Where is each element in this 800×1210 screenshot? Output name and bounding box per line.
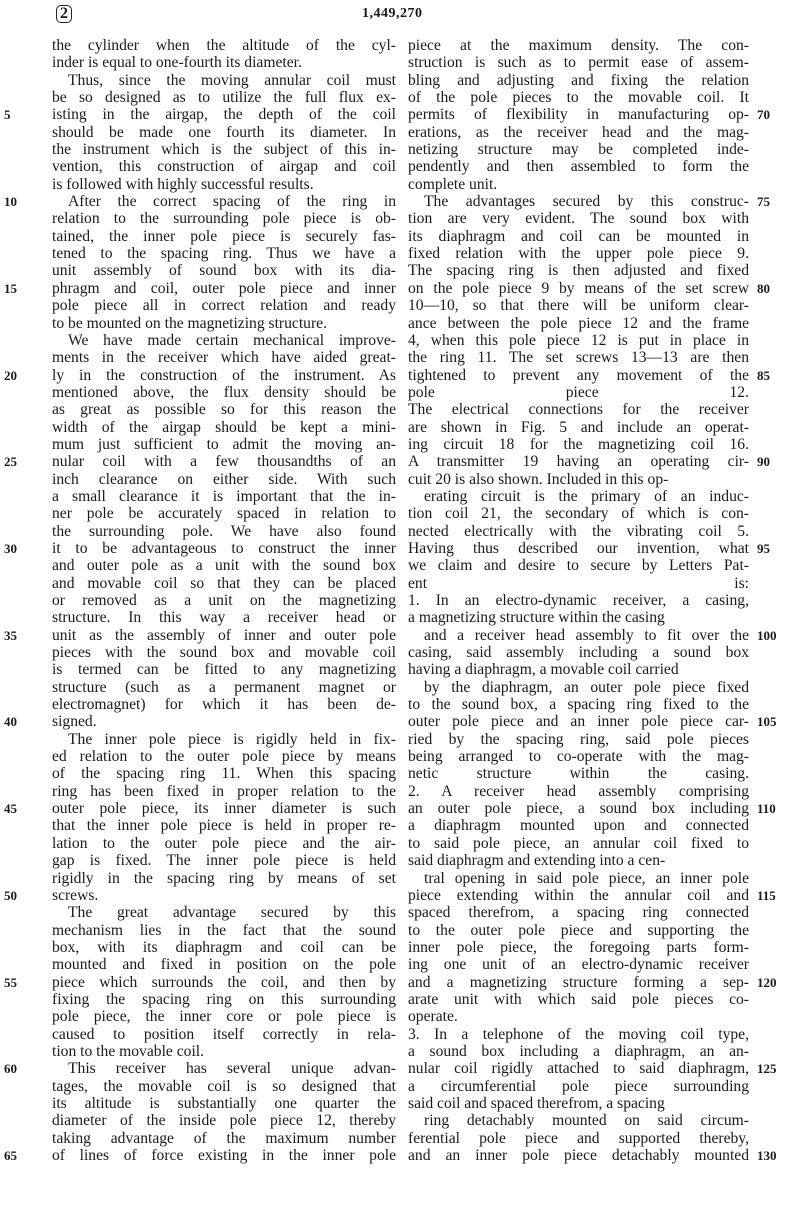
text-line: ried by the spacing ring, said pole piec… <box>408 731 749 748</box>
line-text: fixing the spacing ring on this surround… <box>52 991 396 1008</box>
line-text: isting in the airgap, the depth of the c… <box>52 106 396 123</box>
text-line: having a diaphragm, a movable coil carri… <box>408 661 749 678</box>
left-text-column: the cylinder when the altitude of the cy… <box>52 37 396 1164</box>
line-text: electromagnet) for which it has been de- <box>52 696 396 713</box>
text-line: a magnetizing structure within the casin… <box>408 609 749 626</box>
text-line: gap is fixed. The inner pole piece is he… <box>52 852 396 869</box>
text-line: should be made one fourth its diameter. … <box>52 124 396 141</box>
line-text: nular coil with a few thousandths of an <box>52 453 396 470</box>
text-line: tages, the movable coil is so designed t… <box>52 1078 396 1095</box>
line-text: the instrument which is the subject of t… <box>52 141 396 158</box>
line-text: The electrical connections for the recei… <box>408 401 749 418</box>
text-line: lation to the outer pole piece and the a… <box>52 835 396 852</box>
line-text: the surrounding pole. We have also found <box>52 523 396 540</box>
line-text: and outer pole as a unit with the sound … <box>52 557 396 574</box>
text-line: inch clearance on either side. With such <box>52 471 396 488</box>
text-line: ance between the pole piece 12 and the f… <box>408 315 749 332</box>
text-line: tral opening in said pole piece, an inne… <box>408 870 749 887</box>
text-line: fixing the spacing ring on this surround… <box>52 991 396 1008</box>
line-text: screws. <box>52 887 98 904</box>
line-number: 60 <box>4 1060 28 1077</box>
text-line: A transmitter 19 having an operating cir… <box>408 453 749 470</box>
line-text: The great advantage secured by this <box>68 904 396 921</box>
line-number: 110 <box>757 800 789 817</box>
line-number: 30 <box>4 540 28 557</box>
text-line: a circumferential pole piece surrounding <box>408 1078 749 1095</box>
text-line: be so designed as to utilize the full fl… <box>52 89 396 106</box>
text-line: as great as possible so for this reason … <box>52 401 396 418</box>
line-text: structure. In this way a receiver head o… <box>52 609 396 626</box>
line-text: pendently and then assembled to form the <box>408 158 749 175</box>
text-line: screws.50 <box>52 887 396 904</box>
text-line: arate unit with which said pole pieces c… <box>408 991 749 1008</box>
line-text: ing circuit 18 for the magnetizing coil … <box>408 436 749 453</box>
line-text: pole piece, the inner core or pole piece… <box>52 1008 396 1025</box>
line-text: the cylinder when the altitude of the cy… <box>52 37 396 54</box>
line-text: cuit 20 is also shown. Included in this … <box>408 471 668 488</box>
line-text: 10—10, so that there will be uniform cle… <box>408 297 749 314</box>
text-line: ner pole be accurately spaced in relatio… <box>52 505 396 522</box>
text-line: a diaphragm mounted upon and connected <box>408 817 749 834</box>
text-line: caused to position itself correctly in r… <box>52 1026 396 1043</box>
text-line: tightened to prevent any movement of the… <box>408 367 749 384</box>
line-number: 100 <box>757 627 789 644</box>
line-text: piece which surrounds the coil, and then… <box>52 974 396 991</box>
line-number: 125 <box>757 1060 789 1077</box>
line-text: an outer pole piece, a sound box includi… <box>408 800 749 817</box>
text-line: piece at the maximum density. The con- <box>408 37 749 54</box>
page-number: 2 <box>56 5 72 23</box>
line-text: rigidly in the spacing ring by means of … <box>52 870 396 887</box>
line-text: a circumferential pole piece surrounding <box>408 1078 749 1095</box>
page-header: 2 1,449,270 <box>0 0 800 30</box>
text-line: The advantages secured by this construc-… <box>408 193 749 210</box>
line-text: is termed can be fitted to any magnetizi… <box>52 661 396 678</box>
line-number: 25 <box>4 453 28 470</box>
text-line: We have made certain mechanical improve- <box>52 332 396 349</box>
line-text: it to be advantageous to construct the i… <box>52 540 396 557</box>
text-line: on the pole piece 9 by means of the set … <box>408 280 749 297</box>
text-line: The electrical connections for the recei… <box>408 401 749 418</box>
line-text: is followed with highly successful resul… <box>52 176 314 193</box>
text-line: 2. A receiver head assembly comprising <box>408 783 749 800</box>
line-number: 55 <box>4 974 28 991</box>
text-line: This receiver has several unique advan-6… <box>52 1060 396 1077</box>
line-text: are shown in Fig. 5 and include an opera… <box>408 419 749 436</box>
line-text: pieces with the sound box and movable co… <box>52 644 396 661</box>
text-line: piece which surrounds the coil, and then… <box>52 974 396 991</box>
text-line: 1. In an electro-dynamic receiver, a cas… <box>408 592 749 609</box>
line-number: 35 <box>4 627 28 644</box>
text-line: a small clearance it is important that t… <box>52 488 396 505</box>
line-text: a magnetizing structure within the casin… <box>408 609 665 626</box>
line-text: nular coil rigidly attached to said diap… <box>408 1060 749 1077</box>
line-text: signed. <box>52 713 97 730</box>
line-text: outer pole piece and an inner pole piece… <box>408 713 749 730</box>
line-text: outer pole piece, its inner diameter is … <box>52 800 396 817</box>
text-line: to be mounted on the magnetizing structu… <box>52 315 396 332</box>
text-line: outer pole piece and an inner pole piece… <box>408 713 749 730</box>
text-line: structure (such as a permanent magnet or <box>52 679 396 696</box>
line-text: fixed relation with the upper pole piece… <box>408 245 749 262</box>
line-text: that the inner pole piece is held in pro… <box>52 817 396 834</box>
text-line: electromagnet) for which it has been de- <box>52 696 396 713</box>
text-line: diameter of the inside pole piece 12, th… <box>52 1112 396 1129</box>
line-text: relation to the surrounding pole piece i… <box>52 210 396 227</box>
line-number: 75 <box>757 193 789 210</box>
patent-number: 1,449,270 <box>362 6 423 22</box>
text-line: nular coil with a few thousandths of an2… <box>52 453 396 470</box>
line-text: After the correct spacing of the ring in <box>68 193 396 210</box>
text-line: the ring 11. The set screws 13—13 are th… <box>408 349 749 366</box>
text-line: isting in the airgap, the depth of the c… <box>52 106 396 123</box>
line-text: to said pole piece, an annular coil fixe… <box>408 835 749 852</box>
line-text: as great as possible so for this reason … <box>52 401 396 418</box>
line-text: ner pole be accurately spaced in relatio… <box>52 505 396 522</box>
line-text: vention, this construction of airgap and… <box>52 158 396 175</box>
line-text: of the spacing ring 11. When this spacin… <box>52 765 396 782</box>
line-number: 20 <box>4 367 28 384</box>
text-line: a sound box including a diaphragm, an an… <box>408 1043 749 1060</box>
line-text: mum just sufficient to admit the moving … <box>52 436 396 453</box>
line-text: permits of flexibility in manufacturing … <box>408 106 749 123</box>
line-text: ring has been fixed in proper relation t… <box>52 783 396 800</box>
text-line: tion are very evident. The sound box wit… <box>408 210 749 227</box>
line-text: be so designed as to utilize the full fl… <box>52 89 396 106</box>
line-text: tion coil 21, the secondary of which is … <box>408 505 749 522</box>
text-line: operate. <box>408 1008 749 1025</box>
line-text: The spacing ring is then adjusted and fi… <box>408 262 749 279</box>
text-line: being arranged to co-operate with the ma… <box>408 748 749 765</box>
text-line: piece extending within the annular coil … <box>408 887 749 904</box>
text-line: mechanism lies in the fact that the soun… <box>52 922 396 939</box>
text-line: The great advantage secured by this <box>52 904 396 921</box>
text-line: unit as the assembly of inner and outer … <box>52 627 396 644</box>
line-text: to the outer pole piece and supporting t… <box>408 922 749 939</box>
text-line: casing, said assembly including a sound … <box>408 644 749 661</box>
line-text: said coil and spaced therefrom, a spacin… <box>408 1095 665 1112</box>
line-text: tained, the inner pole piece is securely… <box>52 228 396 245</box>
line-text: structure (such as a permanent magnet or <box>52 679 396 696</box>
text-line: an outer pole piece, a sound box includi… <box>408 800 749 817</box>
text-line: and outer pole as a unit with the sound … <box>52 557 396 574</box>
text-line: unit assembly of sound box with its dia- <box>52 262 396 279</box>
text-line: netic structure within the casing. <box>408 765 749 782</box>
line-number: 105 <box>757 713 789 730</box>
text-line: After the correct spacing of the ring in… <box>52 193 396 210</box>
text-line: mounted and fixed in position on the pol… <box>52 956 396 973</box>
line-text: unit as the assembly of inner and outer … <box>52 627 396 644</box>
text-line: cuit 20 is also shown. Included in this … <box>408 471 749 488</box>
line-text: casing, said assembly including a sound … <box>408 644 749 661</box>
text-line: bling and adjusting and fixing the relat… <box>408 72 749 89</box>
line-text: having a diaphragm, a movable coil carri… <box>408 661 679 678</box>
line-text: ferential pole piece and supported there… <box>408 1130 749 1147</box>
line-text: its altitude is substantially one quarte… <box>52 1095 396 1112</box>
line-text: struction is such as to permit ease of a… <box>408 54 749 71</box>
text-line: nected electrically with the vibrating c… <box>408 523 749 540</box>
text-line: rigidly in the spacing ring by means of … <box>52 870 396 887</box>
line-text: a diaphragm mounted upon and connected <box>408 817 749 834</box>
line-text: and a receiver head assembly to fit over… <box>424 627 749 644</box>
line-text: complete unit. <box>408 176 497 193</box>
text-line: ed relation to the outer pole piece by m… <box>52 748 396 765</box>
line-text: of the pole pieces to the movable coil. … <box>408 89 749 106</box>
text-line: box, with its diaphragm and coil can be <box>52 939 396 956</box>
line-text: ance between the pole piece 12 and the f… <box>408 315 749 332</box>
text-line: and a magnetizing structure forming a se… <box>408 974 749 991</box>
text-line: ferential pole piece and supported there… <box>408 1130 749 1147</box>
text-line: width of the airgap should be kept a min… <box>52 419 396 436</box>
line-text: pole piece 12. <box>408 384 749 401</box>
line-text: a sound box including a diaphragm, an an… <box>408 1043 749 1060</box>
line-text: and a magnetizing structure forming a se… <box>408 974 749 991</box>
line-number: 130 <box>757 1147 789 1164</box>
line-number: 10 <box>4 193 28 210</box>
line-text: We have made certain mechanical improve- <box>68 332 396 349</box>
text-line: permits of flexibility in manufacturing … <box>408 106 749 123</box>
text-line: and movable coil so that they can be pla… <box>52 575 396 592</box>
line-text: piece extending within the annular coil … <box>408 887 749 904</box>
line-text: caused to position itself correctly in r… <box>52 1026 396 1043</box>
text-line: Thus, since the moving annular coil must <box>52 72 396 89</box>
text-line: it to be advantageous to construct the i… <box>52 540 396 557</box>
line-text: erating circuit is the primary of an ind… <box>424 488 749 505</box>
line-number: 95 <box>757 540 789 557</box>
text-line: struction is such as to permit ease of a… <box>408 54 749 71</box>
line-text: and an inner pole piece detachably mount… <box>408 1147 749 1164</box>
text-line: structure. In this way a receiver head o… <box>52 609 396 626</box>
line-text: arate unit with which said pole pieces c… <box>408 991 749 1008</box>
line-text: lation to the outer pole piece and the a… <box>52 835 396 852</box>
text-line: netizing structure may be completed inde… <box>408 141 749 158</box>
text-line: is followed with highly successful resul… <box>52 176 396 193</box>
text-line: and an inner pole piece detachably mount… <box>408 1147 749 1164</box>
line-text: spaced therefrom, a spacing ring connect… <box>408 904 749 921</box>
line-text: tion to the movable coil. <box>52 1043 204 1060</box>
line-text: a small clearance it is important that t… <box>52 488 396 505</box>
text-line: vention, this construction of airgap and… <box>52 158 396 175</box>
line-text: piece at the maximum density. The con- <box>408 37 749 54</box>
line-text: The inner pole piece is rigidly held in … <box>68 731 396 748</box>
line-text: we claim and desire to secure by Letters… <box>408 557 749 574</box>
text-line: taking advantage of the maximum number <box>52 1130 396 1147</box>
text-line: pole piece 12. <box>408 384 749 401</box>
line-number: 70 <box>757 106 789 123</box>
line-text: gap is fixed. The inner pole piece is he… <box>52 852 396 869</box>
line-text: box, with its diaphragm and coil can be <box>52 939 396 956</box>
text-line: to the sound box, a spacing ring fixed t… <box>408 696 749 713</box>
text-line: tion to the movable coil. <box>52 1043 396 1060</box>
line-text: of lines of force existing in the inner … <box>52 1147 396 1164</box>
text-line: ring detachably mounted on said circum- <box>408 1112 749 1129</box>
text-line: of lines of force existing in the inner … <box>52 1147 396 1164</box>
line-text: inch clearance on either side. With such <box>52 471 396 488</box>
line-text: ent is: <box>408 575 749 592</box>
text-line: erations, as the receiver head and the m… <box>408 124 749 141</box>
line-text: mentioned above, the flux density should… <box>52 384 396 401</box>
line-text: said diaphragm and extending into a cen- <box>408 852 665 869</box>
line-number: 85 <box>757 367 789 384</box>
text-line: mum just sufficient to admit the moving … <box>52 436 396 453</box>
text-line: relation to the surrounding pole piece i… <box>52 210 396 227</box>
line-number: 50 <box>4 887 28 904</box>
text-line: pole piece all in correct relation and r… <box>52 297 396 314</box>
line-text: pole piece all in correct relation and r… <box>52 297 396 314</box>
text-line: its altitude is substantially one quarte… <box>52 1095 396 1112</box>
text-line: inder is equal to one-fourth its diamete… <box>52 54 396 71</box>
line-number: 65 <box>4 1147 28 1164</box>
line-text: by the diaphragm, an outer pole piece fi… <box>424 679 749 696</box>
text-line: mentioned above, the flux density should… <box>52 384 396 401</box>
text-line: Having thus described our invention, wha… <box>408 540 749 557</box>
line-text: should be made one fourth its diameter. … <box>52 124 396 141</box>
text-line: said coil and spaced therefrom, a spacin… <box>408 1095 749 1112</box>
text-line: complete unit. <box>408 176 749 193</box>
text-line: outer pole piece, its inner diameter is … <box>52 800 396 817</box>
text-line: 3. In a telephone of the moving coil typ… <box>408 1026 749 1043</box>
line-number: 15 <box>4 280 28 297</box>
line-text: Thus, since the moving annular coil must <box>68 72 396 89</box>
text-line: 4, when this pole piece 12 is put in pla… <box>408 332 749 349</box>
line-text: tages, the movable coil is so designed t… <box>52 1078 396 1095</box>
text-line: tained, the inner pole piece is securely… <box>52 228 396 245</box>
line-text: ments in the receiver which have aided g… <box>52 349 396 366</box>
line-text: 2. A receiver head assembly comprising <box>408 783 749 800</box>
line-text: tion are very evident. The sound box wit… <box>408 210 749 227</box>
text-line: that the inner pole piece is held in pro… <box>52 817 396 834</box>
line-number: 90 <box>757 453 789 470</box>
text-line: of the spacing ring 11. When this spacin… <box>52 765 396 782</box>
text-line: pieces with the sound box and movable co… <box>52 644 396 661</box>
text-line: phragm and coil, outer pole piece and in… <box>52 280 396 297</box>
line-text: ring detachably mounted on said circum- <box>424 1112 749 1129</box>
text-line: erating circuit is the primary of an ind… <box>408 488 749 505</box>
text-line: The inner pole piece is rigidly held in … <box>52 731 396 748</box>
text-line: nular coil rigidly attached to said diap… <box>408 1060 749 1077</box>
text-line: to the outer pole piece and supporting t… <box>408 922 749 939</box>
line-text: A transmitter 19 having an operating cir… <box>408 453 749 470</box>
line-text: being arranged to co-operate with the ma… <box>408 748 749 765</box>
line-text: unit assembly of sound box with its dia- <box>52 262 396 279</box>
line-text: on the pole piece 9 by means of the set … <box>408 280 749 297</box>
text-line: we claim and desire to secure by Letters… <box>408 557 749 574</box>
text-line: tion coil 21, the secondary of which is … <box>408 505 749 522</box>
text-line: by the diaphragm, an outer pole piece fi… <box>408 679 749 696</box>
text-line: are shown in Fig. 5 and include an opera… <box>408 419 749 436</box>
line-number: 5 <box>4 106 28 123</box>
text-line: spaced therefrom, a spacing ring connect… <box>408 904 749 921</box>
text-line: is termed can be fitted to any magnetizi… <box>52 661 396 678</box>
line-text: bling and adjusting and fixing the relat… <box>408 72 749 89</box>
text-line: signed.40 <box>52 713 396 730</box>
line-text: or removed as a unit on the magnetizing <box>52 592 396 609</box>
text-line: and a receiver head assembly to fit over… <box>408 627 749 644</box>
line-text: and movable coil so that they can be pla… <box>52 575 396 592</box>
text-line: ing circuit 18 for the magnetizing coil … <box>408 436 749 453</box>
line-text: erations, as the receiver head and the m… <box>408 124 749 141</box>
line-number: 40 <box>4 713 28 730</box>
line-text: 4, when this pole piece 12 is put in pla… <box>408 332 749 349</box>
line-text: ed relation to the outer pole piece by m… <box>52 748 396 765</box>
line-text: netizing structure may be completed inde… <box>408 141 749 158</box>
line-text: to be mounted on the magnetizing structu… <box>52 315 327 332</box>
text-line: its diaphragm and coil can be mounted in <box>408 228 749 245</box>
line-text: inner pole piece, the foregoing parts fo… <box>408 939 749 956</box>
line-text: its diaphragm and coil can be mounted in <box>408 228 749 245</box>
line-text: 1. In an electro-dynamic receiver, a cas… <box>408 592 749 609</box>
text-line: ly in the construction of the instrument… <box>52 367 396 384</box>
line-text: inder is equal to one-fourth its diamete… <box>52 54 302 71</box>
text-line: fixed relation with the upper pole piece… <box>408 245 749 262</box>
line-text: ing one unit of an electro-dynamic recei… <box>408 956 749 973</box>
line-text: netic structure within the casing. <box>408 765 749 782</box>
line-number: 45 <box>4 800 28 817</box>
text-line: ments in the receiver which have aided g… <box>52 349 396 366</box>
text-line: inner pole piece, the foregoing parts fo… <box>408 939 749 956</box>
text-line: or removed as a unit on the magnetizing <box>52 592 396 609</box>
text-line: ing one unit of an electro-dynamic recei… <box>408 956 749 973</box>
line-text: operate. <box>408 1008 458 1025</box>
text-line: to said pole piece, an annular coil fixe… <box>408 835 749 852</box>
text-line: pole piece, the inner core or pole piece… <box>52 1008 396 1025</box>
text-line: of the pole pieces to the movable coil. … <box>408 89 749 106</box>
line-text: tightened to prevent any movement of the <box>408 367 749 384</box>
line-number: 115 <box>757 887 789 904</box>
line-text: taking advantage of the maximum number <box>52 1130 396 1147</box>
line-text: 3. In a telephone of the moving coil typ… <box>408 1026 749 1043</box>
line-text: This receiver has several unique advan- <box>68 1060 396 1077</box>
text-line: ent is: <box>408 575 749 592</box>
line-number: 120 <box>757 974 789 991</box>
text-line: the cylinder when the altitude of the cy… <box>52 37 396 54</box>
line-text: ly in the construction of the instrument… <box>52 367 396 384</box>
line-text: tened to the spacing ring. Thus we have … <box>52 245 396 262</box>
line-text: tral opening in said pole piece, an inne… <box>424 870 749 887</box>
line-text: mounted and fixed in position on the pol… <box>52 956 396 973</box>
right-text-column: piece at the maximum density. The con-st… <box>408 37 749 1164</box>
text-line: pendently and then assembled to form the <box>408 158 749 175</box>
line-text: The advantages secured by this construc- <box>424 193 749 210</box>
text-line: The spacing ring is then adjusted and fi… <box>408 262 749 279</box>
text-line: ring has been fixed in proper relation t… <box>52 783 396 800</box>
text-line: the surrounding pole. We have also found <box>52 523 396 540</box>
line-text: the ring 11. The set screws 13—13 are th… <box>408 349 749 366</box>
text-line: 10—10, so that there will be uniform cle… <box>408 297 749 314</box>
line-text: to the sound box, a spacing ring fixed t… <box>408 696 749 713</box>
line-text: nected electrically with the vibrating c… <box>408 523 749 540</box>
line-text: phragm and coil, outer pole piece and in… <box>52 280 396 297</box>
line-text: ried by the spacing ring, said pole piec… <box>408 731 749 748</box>
text-line: tened to the spacing ring. Thus we have … <box>52 245 396 262</box>
line-text: width of the airgap should be kept a min… <box>52 419 396 436</box>
line-text: Having thus described our invention, wha… <box>408 540 749 557</box>
line-text: diameter of the inside pole piece 12, th… <box>52 1112 396 1129</box>
text-line: said diaphragm and extending into a cen- <box>408 852 749 869</box>
line-number: 80 <box>757 280 789 297</box>
text-line: the instrument which is the subject of t… <box>52 141 396 158</box>
line-text: mechanism lies in the fact that the soun… <box>52 922 396 939</box>
